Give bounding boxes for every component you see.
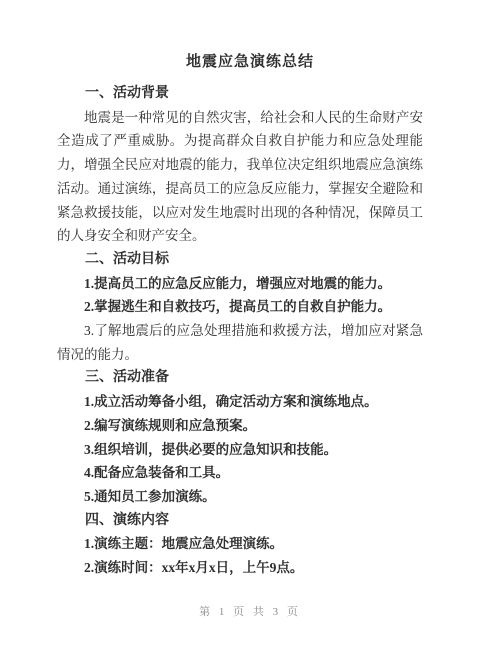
document-page: 地震应急演练总结 一、活动背景 地震是一种常见的自然灾害，给社会和人民的生命财产… bbox=[0, 0, 500, 647]
list-item-prep-5: 5.通知员工参加演练。 bbox=[57, 485, 423, 509]
list-item-drill-theme: 1.演练主题：地震应急处理演练。 bbox=[57, 532, 423, 556]
section-heading-activity-preparation: 三、活动准备 bbox=[57, 366, 423, 390]
section-heading-activity-goals: 二、活动目标 bbox=[57, 248, 423, 272]
list-item-prep-3: 3.组织培训，提供必要的应急知识和技能。 bbox=[57, 438, 423, 462]
page-number-text: 第 1 页 共 3 页 bbox=[199, 606, 301, 618]
section-heading-activity-background: 一、活动背景 bbox=[57, 82, 423, 106]
list-item-prep-2: 2.编写演练规则和应急预案。 bbox=[57, 414, 423, 438]
list-item-drill-time: 2.演练时间：xx年x月x日，上午9点。 bbox=[57, 556, 423, 580]
list-item-goal-3: 3.了解地震后的应急处理措施和救援方法，增加应对紧急情况的能力。 bbox=[57, 319, 423, 366]
list-item-goal-1: 1.提高员工的应急反应能力，增强应对地震的能力。 bbox=[57, 272, 423, 296]
list-item-goal-2: 2.掌握逃生和自救技巧，提高员工的自救自护能力。 bbox=[57, 295, 423, 319]
section-heading-drill-content: 四、演练内容 bbox=[57, 509, 423, 533]
page-footer: 第 1 页 共 3 页 bbox=[0, 603, 500, 619]
document-body: 一、活动背景 地震是一种常见的自然灾害，给社会和人民的生命财产安全造成了严重威胁… bbox=[57, 82, 423, 580]
list-item-prep-1: 1.成立活动筹备小组，确定活动方案和演练地点。 bbox=[57, 390, 423, 414]
document-title: 地震应急演练总结 bbox=[67, 50, 433, 74]
paragraph-background: 地震是一种常见的自然灾害，给社会和人民的生命财产安全造成了严重威胁。为提高群众自… bbox=[57, 106, 423, 248]
list-item-prep-4: 4.配备应急装备和工具。 bbox=[57, 461, 423, 485]
